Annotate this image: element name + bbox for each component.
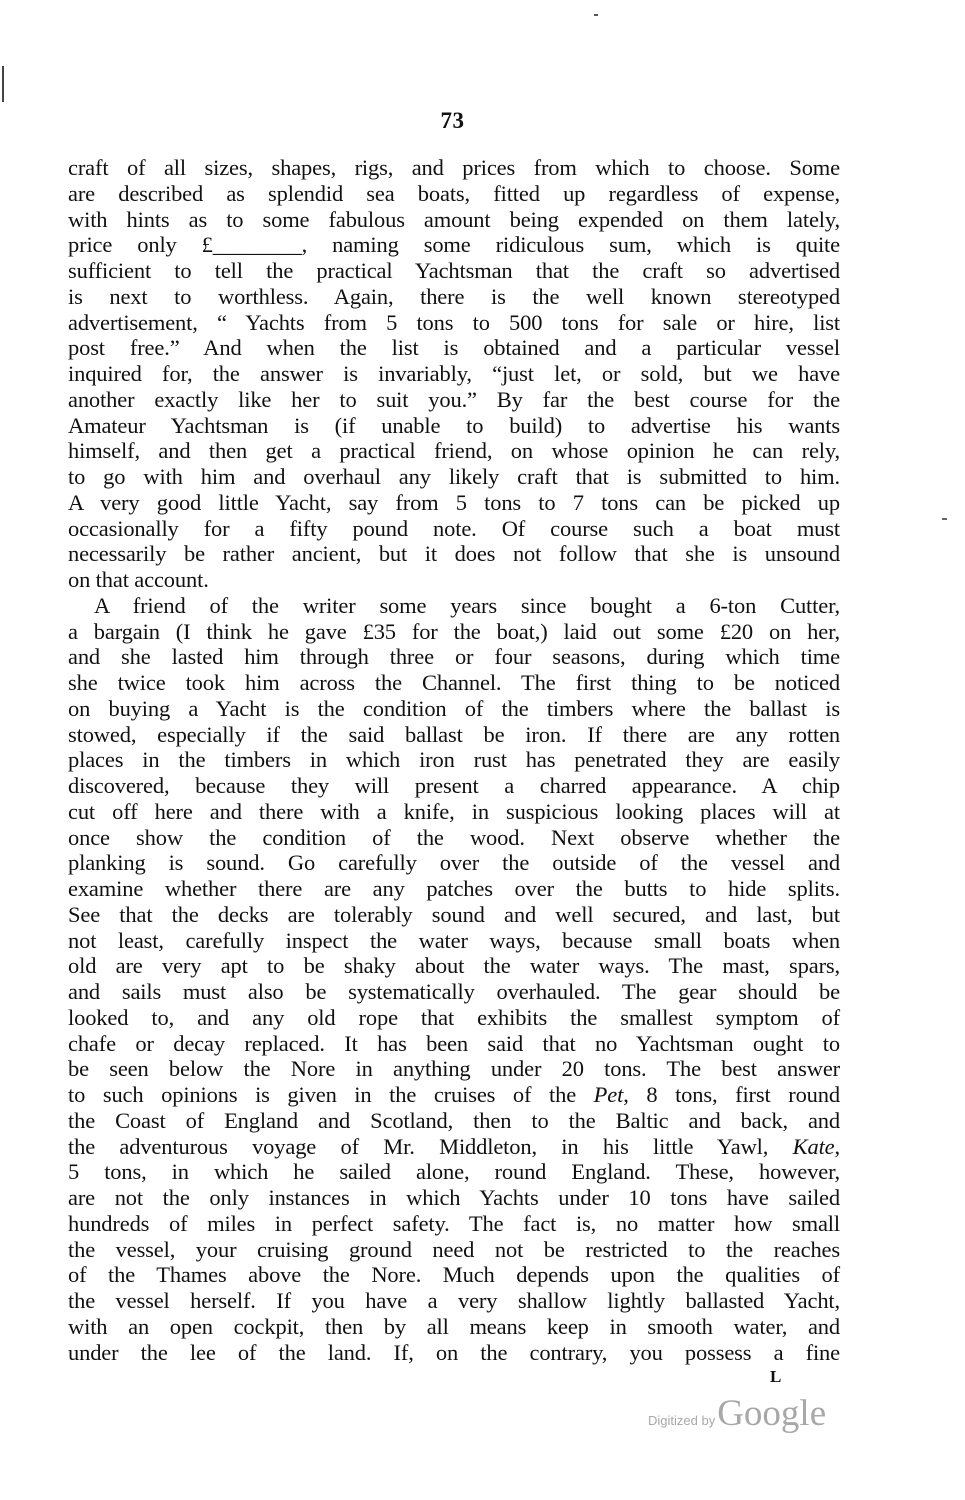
- text-line: looked to, and any old rope that exhibit…: [68, 1005, 840, 1031]
- text-line: See that the decks are tolerably sound a…: [68, 902, 840, 928]
- text-line: sufficient to tell the practical Yachtsm…: [68, 258, 840, 284]
- scan-artifact-top: [594, 14, 598, 16]
- text-line: be seen below the Nore in anything under…: [68, 1056, 840, 1082]
- text-line: another exactly like her to suit you.” B…: [68, 387, 840, 413]
- text-line: a bargain (I think he gave £35 for the b…: [68, 619, 840, 645]
- text-line: Amateur Yachtsman is (if unable to build…: [68, 413, 840, 439]
- vessel-name-pet: Pet: [594, 1082, 624, 1107]
- text-line: A very good little Yacht, say from 5 ton…: [68, 490, 840, 516]
- text-segment: , 8 tons, first round: [623, 1082, 840, 1107]
- text-line: old are very apt to be shaky about the w…: [68, 953, 840, 979]
- text-line: 5 tons, in which he sailed alone, round …: [68, 1159, 840, 1185]
- text-line: the vessel, your cruising ground need no…: [68, 1237, 840, 1263]
- text-line: planking is sound. Go carefully over the…: [68, 850, 840, 876]
- paragraph-end-line: on that account.: [68, 567, 840, 593]
- page-body-text: craft of all sizes, shapes, rigs, and pr…: [68, 155, 840, 1365]
- text-line: advertisement, “ Yachts from 5 tons to 5…: [68, 310, 840, 336]
- text-line: examine whether there are any patches ov…: [68, 876, 840, 902]
- text-line: are not the only instances in which Yach…: [68, 1185, 840, 1211]
- text-line: is next to worthless. Again, there is th…: [68, 284, 840, 310]
- watermark-prefix: Digitized by: [648, 1413, 715, 1428]
- text-segment: ,: [835, 1134, 840, 1159]
- text-line: with hints as to some fabulous amount be…: [68, 207, 840, 233]
- text-line: the Coast of England and Scotland, then …: [68, 1108, 840, 1134]
- paragraph-start-line: A friend of the writer some years since …: [68, 593, 840, 619]
- text-line: occasionally for a fifty pound note. Of …: [68, 516, 840, 542]
- text-line: and she lasted him through three or four…: [68, 644, 840, 670]
- text-line: necessarily be rather ancient, but it do…: [68, 541, 840, 567]
- text-line: not least, carefully inspect the water w…: [68, 928, 840, 954]
- text-line: of the Thames above the Nore. Much depen…: [68, 1262, 840, 1288]
- text-line: craft of all sizes, shapes, rigs, and pr…: [68, 155, 840, 181]
- text-line: himself, and then get a practical friend…: [68, 438, 840, 464]
- page-number: 73: [0, 108, 905, 134]
- text-line: are described as splendid sea boats, fit…: [68, 181, 840, 207]
- text-line: under the lee of the land. If, on the co…: [68, 1340, 840, 1366]
- text-line: post free.” And when the list is obtaine…: [68, 335, 840, 361]
- google-logo: Google: [717, 1392, 826, 1435]
- scan-artifact-right: [942, 518, 947, 520]
- text-line-with-italic: to such opinions is given in the cruises…: [68, 1082, 840, 1108]
- text-line: price only £________, naming some ridicu…: [68, 232, 840, 258]
- text-line: to go with him and overhaul any likely c…: [68, 464, 840, 490]
- text-line: chafe or decay replaced. It has been sai…: [68, 1031, 840, 1057]
- text-line: places in the timbers in which iron rust…: [68, 747, 840, 773]
- text-line: she twice took him across the Channel. T…: [68, 670, 840, 696]
- text-line-with-italic: the adventurous voyage of Mr. Middleton,…: [68, 1134, 840, 1160]
- text-line: stowed, especially if the said ballast b…: [68, 722, 840, 748]
- text-segment: to such opinions is given in the cruises…: [68, 1082, 594, 1107]
- text-segment: the adventurous voyage of Mr. Middleton,…: [68, 1134, 793, 1159]
- vessel-name-kate: Kate: [793, 1134, 835, 1159]
- text-line: on buying a Yacht is the condition of th…: [68, 696, 840, 722]
- text-line: cut off here and there with a knife, in …: [68, 799, 840, 825]
- text-line: with an open cockpit, then by all means …: [68, 1314, 840, 1340]
- text-line: the vessel herself. If you have a very s…: [68, 1288, 840, 1314]
- text-line: and sails must also be systematically ov…: [68, 979, 840, 1005]
- signature-mark: L: [770, 1367, 781, 1387]
- digitized-by-google-watermark: Digitized by Google: [648, 1392, 826, 1435]
- text-line: once show the condition of the wood. Nex…: [68, 825, 840, 851]
- text-line: discovered, because they will present a …: [68, 773, 840, 799]
- text-line: inquired for, the answer is invariably, …: [68, 361, 840, 387]
- scan-artifact-left-edge: [2, 66, 4, 102]
- text-line: hundreds of miles in perfect safety. The…: [68, 1211, 840, 1237]
